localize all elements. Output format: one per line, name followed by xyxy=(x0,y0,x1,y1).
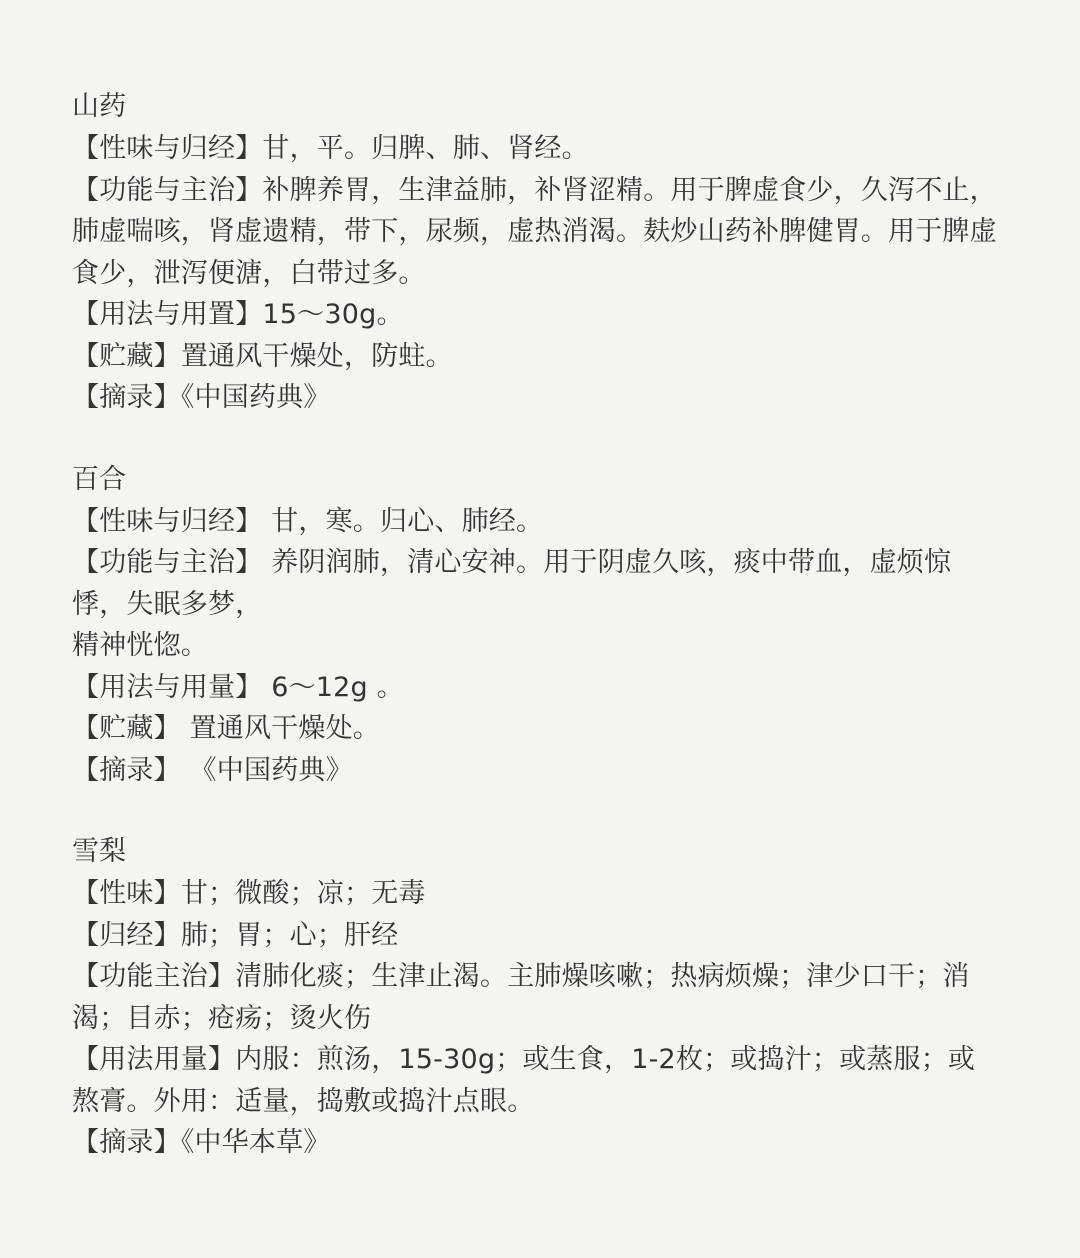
field-value: 置通风干燥处，防蛀。 xyxy=(181,341,453,372)
entry-xueli: 雪梨 【性味】甘；微酸；凉；无毒 【归经】肺；胃；心；肝经 【功能主治】清肺化痰… xyxy=(72,831,1000,1164)
field-label: 【摘录】 xyxy=(72,1127,181,1158)
field-usage-dosage: 【用法与用量】 6～12g 。 xyxy=(72,667,1000,709)
field-label: 【贮藏】 xyxy=(72,341,181,372)
field-source: 【摘录】 《中国药典》 xyxy=(72,750,1000,792)
field-label: 【摘录】 xyxy=(72,382,181,413)
entry-title: 雪梨 xyxy=(72,831,1000,873)
field-continuation: 精神恍惚。 xyxy=(72,625,1000,667)
entry-baihe: 百合 【性味与归经】 甘，寒。归心、肺经。 【功能与主治】 养阴润肺，清心安神。… xyxy=(72,459,1000,792)
entry-shanyao: 山药 【性味与归经】甘，平。归脾、肺、肾经。 【功能与主治】补脾养胃，生津益肺，… xyxy=(72,86,1000,419)
entry-title: 百合 xyxy=(72,459,1000,501)
field-label: 【贮藏】 xyxy=(72,713,181,744)
field-source: 【摘录】《中国药典》 xyxy=(72,377,1000,419)
field-storage: 【贮藏】 置通风干燥处。 xyxy=(72,708,1000,750)
field-label: 【功能主治】 xyxy=(72,961,235,992)
field-nature-meridian: 【性味与归经】 甘，寒。归心、肺经。 xyxy=(72,501,1000,543)
field-value: 《中华本草》 xyxy=(181,1127,331,1158)
field-meridian: 【归经】肺；胃；心；肝经 xyxy=(72,915,1000,957)
field-label: 【性味与归经】 xyxy=(72,133,262,164)
field-source: 【摘录】《中华本草》 xyxy=(72,1122,1000,1164)
field-value: 甘，寒。归心、肺经。 xyxy=(262,506,543,537)
field-nature-meridian: 【性味与归经】甘，平。归脾、肺、肾经。 xyxy=(72,128,1000,170)
field-value: 《中国药典》 xyxy=(181,755,353,786)
field-value: 《中国药典》 xyxy=(181,382,331,413)
field-value: 甘，平。归脾、肺、肾经。 xyxy=(262,133,588,164)
field-value: 甘；微酸；凉；无毒 xyxy=(181,878,426,909)
field-usage-dosage: 【用法用量】内服：煎汤，15-30g；或生食，1-2枚；或捣汁；或蒸服；或熬膏。… xyxy=(72,1039,1000,1122)
field-nature: 【性味】甘；微酸；凉；无毒 xyxy=(72,873,1000,915)
field-value: 6～12g 。 xyxy=(262,672,403,703)
field-function-indication: 【功能与主治】 养阴润肺，清心安神。用于阴虚久咳，痰中带血，虚烦惊悸，失眠多梦， xyxy=(72,542,1000,625)
field-label: 【用法与用置】 xyxy=(72,299,262,330)
document-page: 山药 【性味与归经】甘，平。归脾、肺、肾经。 【功能与主治】补脾养胃，生津益肺，… xyxy=(0,0,1080,1258)
field-value: 肺；胃；心；肝经 xyxy=(181,920,399,951)
field-value: 15～30g。 xyxy=(262,299,403,330)
field-value: 置通风干燥处。 xyxy=(181,713,380,744)
field-usage-dosage: 【用法与用置】15～30g。 xyxy=(72,294,1000,336)
field-value: 精神恍惚。 xyxy=(72,630,208,661)
field-storage: 【贮藏】置通风干燥处，防蛀。 xyxy=(72,336,1000,378)
field-label: 【用法与用量】 xyxy=(72,672,262,703)
entry-title: 山药 xyxy=(72,86,1000,128)
field-label: 【摘录】 xyxy=(72,755,181,786)
field-label: 【用法用量】 xyxy=(72,1044,235,1075)
field-function-indication: 【功能与主治】补脾养胃，生津益肺，补肾涩精。用于脾虚食少，久泻不止，肺虚喘咳，肾… xyxy=(72,170,1000,295)
field-label: 【功能与主治】 xyxy=(72,175,262,206)
field-label: 【归经】 xyxy=(72,920,181,951)
field-label: 【功能与主治】 xyxy=(72,547,262,578)
field-label: 【性味与归经】 xyxy=(72,506,262,537)
field-label: 【性味】 xyxy=(72,878,181,909)
field-function-indication: 【功能主治】清肺化痰；生津止渴。主肺燥咳嗽；热病烦燥；津少口干；消渴；目赤；疮疡… xyxy=(72,956,1000,1039)
